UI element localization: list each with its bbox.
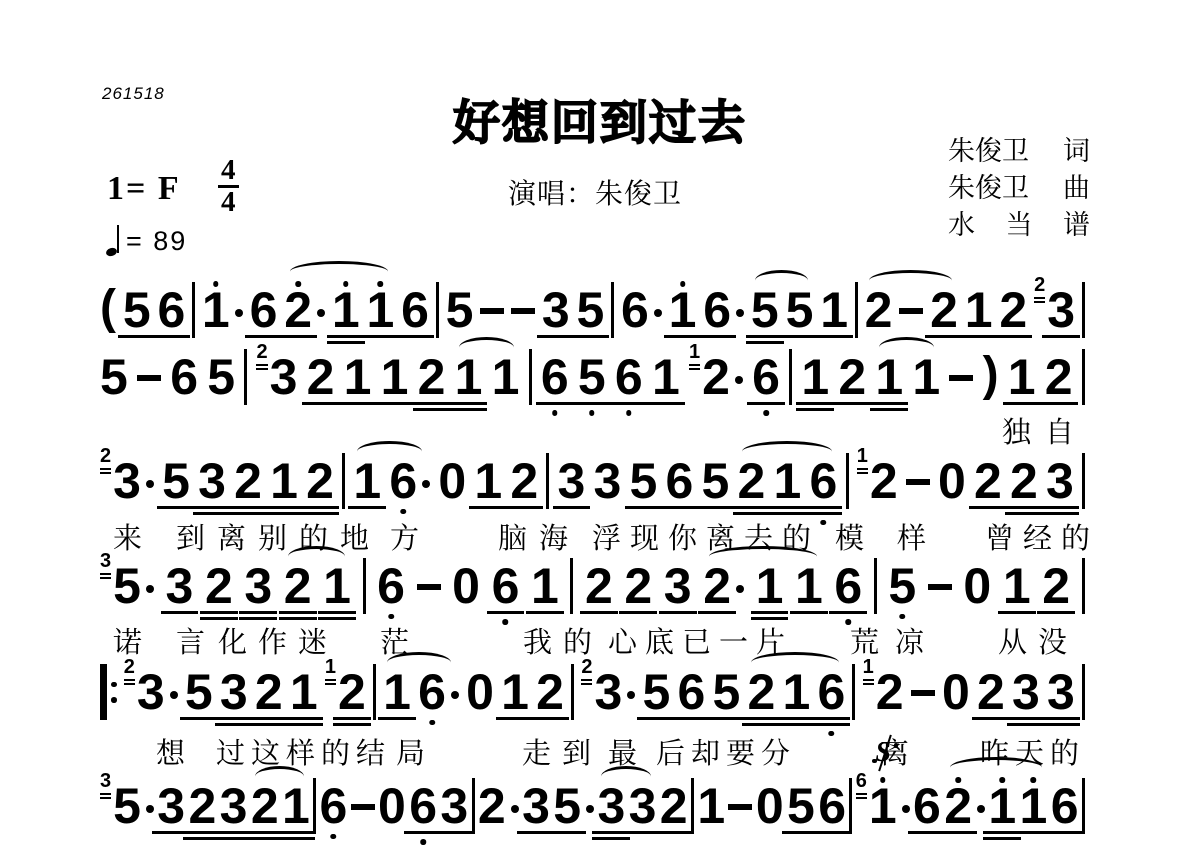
octave-down-dot (589, 410, 595, 416)
barline (571, 664, 574, 720)
octave-down-dot (821, 520, 827, 526)
note-token: 3 (629, 786, 657, 828)
barline (852, 664, 855, 720)
parenthesis: ) (983, 353, 999, 397)
time-signature: 4 4 (218, 157, 239, 216)
note-digit: 6 (1051, 778, 1079, 834)
lyric-segment: 离 (880, 731, 909, 772)
octave-up-dot (1031, 777, 1037, 783)
note-digit: 2 (624, 558, 652, 614)
note-token: 1 (756, 566, 784, 608)
lyric-segment: 凉 (895, 620, 924, 661)
rest-token: 0 (938, 461, 966, 503)
barline (244, 349, 247, 405)
note-digit: 2 (338, 664, 366, 720)
octave-down-dot (626, 410, 632, 416)
note-digit: 5 (642, 664, 670, 720)
note-digit: 6 (170, 349, 198, 405)
note-digit: 6 (492, 558, 520, 614)
note-token: 1 (381, 357, 409, 399)
quarter-note-icon (106, 224, 120, 256)
note-digit: 2 (930, 282, 958, 338)
barline (789, 349, 792, 405)
barline (363, 558, 366, 614)
note-token: 2 (1010, 461, 1038, 503)
grace-note: 2 (1034, 275, 1045, 303)
barline (1082, 558, 1085, 614)
lyric-segment: 我的 (523, 620, 603, 661)
note-token: 2 (1042, 566, 1070, 608)
note-digit: 3 (1047, 664, 1075, 720)
rest-token: 0 (756, 786, 784, 828)
note-token: 1 (282, 786, 310, 828)
note-token: 5 (702, 461, 730, 503)
rest-token: 0 (378, 786, 406, 828)
augmentation-dot (736, 309, 744, 317)
note-token: 5 (751, 290, 779, 332)
note-token: 2 (624, 566, 652, 608)
slur-arc (879, 337, 934, 358)
note-token: 6 (377, 566, 405, 608)
rest-token: 0 (942, 672, 970, 714)
note-token: 6 (492, 566, 520, 608)
note-token: 3 (157, 786, 185, 828)
note-digit: 3 (166, 558, 194, 614)
note-digit: 1 (353, 453, 381, 509)
note-digit: 0 (756, 778, 784, 834)
note-digit: 5 (578, 349, 606, 405)
note-digit: 5 (207, 349, 235, 405)
grace-note: 3 (100, 551, 111, 579)
note-digit: 3 (1046, 453, 1074, 509)
note-token: 5 (162, 461, 190, 503)
note-extension-dash (906, 479, 930, 485)
note-digit: 1 (270, 453, 298, 509)
note-token: 5 (446, 290, 474, 332)
tempo-value: = 89 (126, 226, 187, 256)
augmentation-dot (902, 805, 910, 813)
credit-text: 水 (948, 207, 975, 244)
music-line-3: 23532121601233565216120223 (100, 461, 1085, 501)
note-digit: 2 (188, 778, 216, 834)
note-digit: 6 (818, 778, 846, 834)
note-token: 2 (585, 566, 613, 608)
note-token: 1 (912, 357, 940, 399)
note-token: 2 (234, 461, 262, 503)
tempo-marking: = 89 (106, 224, 187, 256)
note-digit: 0 (378, 778, 406, 834)
lyric-segment: 荒 (850, 620, 879, 661)
credit-text: 谱 (1063, 207, 1090, 244)
note-digit: 6 (621, 282, 649, 338)
note-digit: 3 (220, 778, 248, 834)
note-token: 3 (542, 290, 570, 332)
note-digit: 2 (1045, 349, 1073, 405)
note-token: 23 (256, 357, 297, 399)
slur-arc (459, 337, 514, 358)
note-token: 1 (501, 672, 529, 714)
note-token: 1 (323, 566, 351, 608)
note-token: 2 (977, 672, 1005, 714)
note-digit: 1 (801, 349, 829, 405)
note-digit: 6 (810, 453, 838, 509)
note-token: 1 (652, 357, 680, 399)
note-token: 1 (988, 786, 1016, 828)
grace-note: 1 (689, 342, 700, 370)
note-token: 3 (597, 786, 625, 828)
note-token: 1 (774, 461, 802, 503)
augmentation-dot (146, 480, 154, 488)
note-digit: 6 (666, 453, 694, 509)
note-digit: 2 (205, 558, 233, 614)
note-digit: 5 (787, 778, 815, 834)
note-token: 6 (1051, 786, 1079, 828)
credit-row: 朱俊卫曲 (948, 170, 1090, 207)
note-digit: 2 (944, 778, 972, 834)
note-digit: 0 (938, 453, 966, 509)
note-token: 6 (170, 357, 198, 399)
grace-note: 2 (581, 657, 592, 685)
note-digit: 1 (1008, 349, 1036, 405)
note-token: 6 (157, 290, 185, 332)
note-token: 23 (1034, 290, 1075, 332)
note-digit: 0 (942, 664, 970, 720)
note-token: 3 (594, 461, 622, 503)
note-token: 6 (320, 786, 348, 828)
credit-text: 词 (1063, 133, 1090, 170)
note-token: 6 (666, 461, 694, 503)
lyric-segment: 样 (897, 516, 926, 557)
octave-down-dot (388, 614, 394, 620)
note-digit: 3 (522, 778, 550, 834)
lyric-segment: 从没 (998, 620, 1078, 661)
credits-block: 朱俊卫词朱俊卫曲水当谱 (948, 133, 1090, 244)
note-digit: 1 (988, 778, 1016, 834)
octave-down-dot (331, 834, 337, 840)
note-digit: 3 (157, 778, 185, 834)
note-digit: 3 (542, 282, 570, 338)
lyric-segment: 走到 (522, 731, 602, 772)
note-digit: 1 (820, 282, 848, 338)
note-token: 1 (782, 672, 810, 714)
note-token: 3 (1046, 461, 1074, 503)
note-digit: 6 (409, 778, 437, 834)
note-digit: 5 (553, 778, 581, 834)
note-digit: 1 (652, 349, 680, 405)
grace-note: 1 (325, 657, 336, 685)
barline (373, 664, 376, 720)
note-digit: 1 (202, 282, 230, 338)
note-token: 2 (944, 786, 985, 828)
note-digit: 2 (870, 453, 898, 509)
grace-note: 3 (100, 771, 111, 799)
music-line-1: (56162116535616551221223 (100, 290, 1085, 330)
lyric-segment: 昨天的 (980, 731, 1085, 772)
sheet-music-page: 261518 好想回到过去 演唱：朱俊卫 朱俊卫词朱俊卫曲水当谱 1= F 4 … (0, 0, 1200, 850)
lyric-segment: 诺 (113, 620, 142, 661)
note-token: 35 (100, 566, 154, 608)
barline (846, 453, 849, 509)
note-token: 2 (974, 461, 1002, 503)
grace-note: 6 (856, 771, 867, 799)
note-token: 5 (185, 672, 213, 714)
note-token: 23 (124, 672, 178, 714)
note-digit: 3 (1047, 282, 1075, 338)
music-line-2: 5652321121165611261211)12 (100, 357, 1085, 397)
time-signature-denominator: 4 (218, 188, 239, 216)
note-digit: 1 (290, 664, 318, 720)
note-digit: 1 (965, 282, 993, 338)
barline (1082, 282, 1085, 338)
note-digit: 3 (137, 664, 165, 720)
note-digit: 1 (669, 282, 697, 338)
barline (1082, 778, 1085, 834)
note-digit: 0 (438, 453, 466, 509)
augmentation-dot (170, 691, 178, 699)
note-digit: 2 (478, 778, 506, 834)
augmentation-dot (511, 805, 519, 813)
note-token: 2 (930, 290, 958, 332)
barline (1082, 349, 1085, 405)
note-digit: 5 (123, 282, 151, 338)
augmentation-dot (977, 805, 985, 813)
note-token: 35 (100, 786, 154, 828)
barline (849, 778, 852, 834)
note-digit: 6 (752, 349, 780, 405)
note-digit: 2 (999, 282, 1027, 338)
slur-arc (742, 441, 832, 462)
slur-arc (290, 261, 388, 282)
note-digit: 2 (255, 664, 283, 720)
note-token: 5 (553, 786, 594, 828)
note-digit: 2 (1010, 453, 1038, 509)
rest-token: 0 (438, 461, 466, 503)
note-token: 1 (344, 357, 372, 399)
lyric-segment: 局 (396, 731, 425, 772)
note-token: 6 (409, 786, 437, 828)
note-token: 2 (306, 461, 334, 503)
barline (529, 349, 532, 405)
note-digit: 2 (974, 453, 1002, 509)
note-token: 5 (100, 357, 128, 399)
note-token: 2 (284, 290, 325, 332)
note-digit: 6 (834, 558, 862, 614)
note-token: 2 (660, 786, 688, 828)
barline (611, 282, 614, 338)
note-token: 6 (703, 290, 744, 332)
note-digit: 2 (738, 453, 766, 509)
note-token: 3 (1047, 672, 1075, 714)
note-digit: 2 (747, 664, 775, 720)
note-digit: 3 (244, 558, 272, 614)
note-token: 1 (820, 290, 848, 332)
note-token: 6 (621, 290, 662, 332)
note-token: 2 (510, 461, 538, 503)
note-token: 6 (418, 672, 459, 714)
note-token: 5 (888, 566, 916, 608)
octave-down-dot (829, 731, 835, 737)
note-digit: 2 (585, 558, 613, 614)
note-token: 5 (786, 290, 814, 332)
note-digit: 5 (100, 349, 128, 405)
octave-down-dot (400, 509, 406, 515)
barline (436, 282, 439, 338)
note-token: 2 (307, 357, 335, 399)
credit-text: 朱俊卫 (948, 170, 1029, 207)
barline (855, 282, 858, 338)
note-token: 12 (689, 357, 743, 399)
note-token: 1 (474, 461, 502, 503)
note-token: 2 (284, 566, 312, 608)
note-digit: 5 (446, 282, 474, 338)
note-token: 2 (1045, 357, 1073, 399)
credit-row: 水当谱 (948, 207, 1090, 244)
note-digit: 3 (220, 664, 248, 720)
note-digit: 2 (703, 558, 731, 614)
barline (192, 282, 195, 338)
note-token: 2 (188, 786, 216, 828)
grace-note: 2 (256, 342, 267, 370)
note-digit: 6 (913, 778, 941, 834)
note-token: 2 (747, 672, 775, 714)
lyric-segment: 独自 (1002, 410, 1088, 451)
note-extension-dash (949, 375, 973, 381)
note-digit: 2 (306, 453, 334, 509)
note-digit: 1 (332, 282, 360, 338)
note-token: 2 (738, 461, 766, 503)
augmentation-dot (146, 585, 154, 593)
music-line-5: 235321121601223565216120233 (100, 672, 1085, 712)
note-token: 6 (401, 290, 429, 332)
note-digit: 0 (452, 558, 480, 614)
note-digit: 2 (876, 664, 904, 720)
rest-token: 0 (963, 566, 991, 608)
octave-down-dot (420, 839, 426, 845)
grace-note: 1 (857, 446, 868, 474)
note-digit: 3 (558, 453, 586, 509)
note-token: 1 (1008, 357, 1036, 399)
augmentation-dot (736, 585, 744, 593)
barline (691, 778, 694, 834)
note-digit: 2 (660, 778, 688, 834)
note-digit: 2 (510, 453, 538, 509)
note-digit: 1 (323, 558, 351, 614)
note-token: 1 (383, 672, 411, 714)
lyric-segment: 过这样的结 (216, 731, 391, 772)
parenthesis: ( (100, 286, 116, 330)
note-token: 1 (875, 357, 903, 399)
note-extension-dash (137, 375, 161, 381)
note-digit: 3 (594, 664, 622, 720)
note-token: 1 (290, 672, 318, 714)
lyric-segment: 脑海 (498, 516, 580, 557)
note-token: 5 (642, 672, 670, 714)
note-token: 3 (166, 566, 194, 608)
augmentation-dot (422, 480, 430, 488)
note-digit: 6 (703, 282, 731, 338)
note-digit: 3 (270, 349, 298, 405)
note-token: 1 (366, 290, 394, 332)
octave-up-dot (213, 281, 219, 287)
note-token: 5 (787, 786, 815, 828)
note-digit: 2 (307, 349, 335, 405)
note-token: 12 (325, 672, 366, 714)
credit-text: 当 (1006, 207, 1033, 244)
barline (472, 778, 475, 834)
barline (342, 453, 345, 509)
time-signature-numerator: 4 (218, 157, 239, 188)
lyric-segment: 化作迷 (218, 620, 338, 661)
barline (1082, 453, 1085, 509)
slur-arc (869, 270, 952, 291)
note-token: 1 (353, 461, 381, 503)
octave-down-dot (503, 619, 509, 625)
note-token: 2 (999, 290, 1027, 332)
augmentation-dot (735, 376, 743, 384)
note-token: 61S (856, 786, 910, 828)
lyric-segment: 方 (390, 516, 419, 557)
note-digit: 1 (531, 558, 559, 614)
note-digit: 5 (162, 453, 190, 509)
octave-up-dot (680, 281, 686, 287)
note-digit: 1 (474, 453, 502, 509)
slur-arc (357, 441, 422, 462)
note-digit: 1 (1020, 778, 1048, 834)
note-digit: 2 (536, 664, 564, 720)
note-digit: 6 (157, 282, 185, 338)
note-token: 1 (202, 290, 243, 332)
note-token: 2 (536, 672, 564, 714)
note-token: 12 (857, 461, 898, 503)
augmentation-dot (627, 691, 635, 699)
octave-down-dot (429, 720, 435, 726)
note-extension-dash (511, 308, 535, 314)
note-token: 1 (270, 461, 298, 503)
music-line-4: 3532321606122321165012 (100, 566, 1085, 606)
note-digit: 2 (284, 282, 312, 338)
note-token: 1 (1003, 566, 1031, 608)
note-digit: 3 (198, 453, 226, 509)
note-token: 5 (123, 290, 151, 332)
note-digit: 3 (594, 453, 622, 509)
note-token: 23 (100, 461, 154, 503)
lyric-segment: 来 (113, 516, 142, 557)
lyric-segment: 想 (156, 731, 185, 772)
lyric-segment: 到离别的地 (176, 516, 381, 557)
note-token: 5 (578, 357, 606, 399)
note-digit: 6 (541, 349, 569, 405)
note-extension-dash (928, 584, 952, 590)
note-digit: 6 (817, 664, 845, 720)
note-digit: 2 (234, 453, 262, 509)
note-token: 6 (615, 357, 643, 399)
octave-up-dot (295, 281, 301, 287)
note-token: 3 (664, 566, 692, 608)
barline (874, 558, 877, 614)
note-token: 1 (531, 566, 559, 608)
note-digit: 5 (113, 778, 141, 834)
lyric-segment: 曾经的 (985, 516, 1099, 557)
augmentation-dot (235, 309, 243, 317)
note-token: 6 (541, 357, 569, 399)
augmentation-dot (654, 309, 662, 317)
note-token: 2 (205, 566, 233, 608)
note-token: 1 (801, 357, 829, 399)
grace-note: 1 (863, 657, 874, 685)
lyric-segment: 浮现你离去的 (592, 516, 820, 557)
slur-arc (755, 270, 808, 291)
octave-up-dot (955, 777, 961, 783)
